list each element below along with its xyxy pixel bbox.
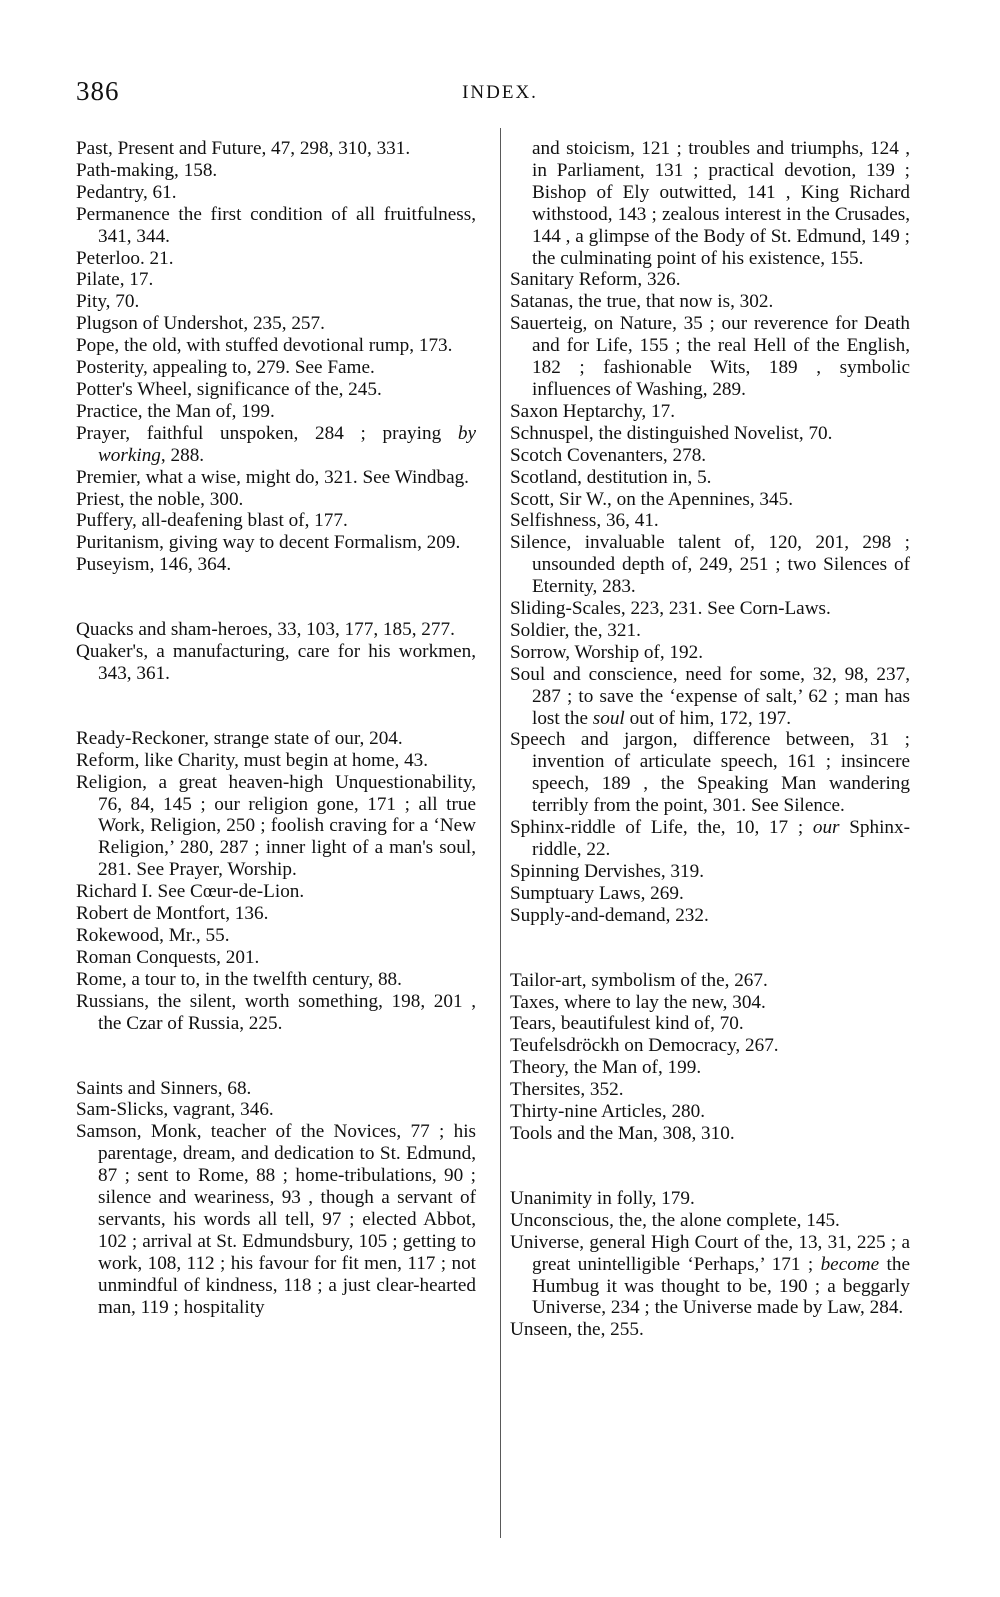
index-entry: Soldier, the, 321.	[510, 620, 910, 642]
index-entry: Path-making, 158.	[76, 160, 476, 182]
index-entry: Scott, Sir W., on the Apennines, 345.	[510, 489, 910, 511]
index-entry: Thirty-nine Articles, 280.	[510, 1101, 910, 1123]
index-entry: Pope, the old, with stuffed devotional r…	[76, 335, 476, 357]
index-entry: Puffery, all-deafening blast of, 177.	[76, 510, 476, 532]
index-entry: Sauerteig, on Nature, 35 ; our reverence…	[510, 313, 910, 401]
index-entry: Quaker's, a manufacturing, care for his …	[76, 641, 476, 685]
letter-section-gap	[76, 1035, 476, 1078]
index-entry: Scotland, destitution in, 5.	[510, 467, 910, 489]
entry-italic-text: soul	[593, 708, 625, 729]
index-entry: Puritanism, giving way to decent Formali…	[76, 532, 476, 554]
index-entry: Taxes, where to lay the new, 304.	[510, 992, 910, 1014]
index-entry-continued: and stoicism, 121 ; troubles and triumph…	[510, 138, 910, 269]
index-entry-soul: Soul and conscience, need for some, 32, …	[510, 664, 910, 730]
entry-text: Prayer, faithful unspoken, 284 ; praying	[76, 423, 458, 444]
index-entry: Plugson of Undershot, 235, 257.	[76, 313, 476, 335]
index-entry-sphinx: Sphinx-riddle of Life, the, 10, 17 ; our…	[510, 817, 910, 861]
letter-section-gap	[510, 1145, 910, 1188]
index-entry: Saints and Sinners, 68.	[76, 1078, 476, 1100]
running-head: INDEX.	[0, 82, 1000, 104]
index-entry: Puseyism, 146, 364.	[76, 554, 476, 576]
index-entry: Pedantry, 61.	[76, 182, 476, 204]
index-entry: Pity, 70.	[76, 291, 476, 313]
index-entry: Sumptuary Laws, 269.	[510, 883, 910, 905]
index-entry: Scotch Covenanters, 278.	[510, 445, 910, 467]
index-entry: Sorrow, Worship of, 192.	[510, 642, 910, 664]
entry-text: Sphinx-riddle of Life, the, 10, 17 ;	[510, 817, 813, 838]
letter-section-gap	[76, 576, 476, 619]
index-entry: Roman Conquests, 201.	[76, 947, 476, 969]
index-entry: Reform, like Charity, must begin at home…	[76, 750, 476, 772]
index-entry: Practice, the Man of, 199.	[76, 401, 476, 423]
index-entry: Priest, the noble, 300.	[76, 489, 476, 511]
index-entry: Theory, the Man of, 199.	[510, 1057, 910, 1079]
index-entry: Russians, the silent, worth something, 1…	[76, 991, 476, 1035]
index-entry: Spinning Dervishes, 319.	[510, 861, 910, 883]
index-entry: Pilate, 17.	[76, 269, 476, 291]
column-divider	[500, 128, 501, 1538]
index-entry: Unanimity in folly, 179.	[510, 1188, 910, 1210]
entry-text: , 288.	[161, 445, 204, 466]
index-entry: Schnuspel, the distinguished Novelist, 7…	[510, 423, 910, 445]
index-entry: Selfishness, 36, 41.	[510, 510, 910, 532]
index-entry: Sam-Slicks, vagrant, 346.	[76, 1099, 476, 1121]
index-entry: Satanas, the true, that now is, 302.	[510, 291, 910, 313]
index-entry: Unseen, the, 255.	[510, 1319, 910, 1341]
index-entry-universe: Universe, general High Court of the, 13,…	[510, 1232, 910, 1320]
index-entry: Saxon Heptarchy, 17.	[510, 401, 910, 423]
index-entry: Unconscious, the, the alone complete, 14…	[510, 1210, 910, 1232]
index-entry: Religion, a great heaven-high Unquestion…	[76, 772, 476, 882]
entry-italic-text: our	[813, 817, 840, 838]
index-entry: Robert de Montfort, 136.	[76, 903, 476, 925]
index-column-right: and stoicism, 121 ; troubles and triumph…	[510, 138, 910, 1341]
index-entry: Sanitary Reform, 326.	[510, 269, 910, 291]
index-entry: Teufelsdröckh on Democracy, 267.	[510, 1035, 910, 1057]
index-entry: Peterloo. 21.	[76, 248, 476, 270]
index-entry: Rome, a tour to, in the twelfth century,…	[76, 969, 476, 991]
index-entry: Sliding-Scales, 223, 231. See Corn-Laws.	[510, 598, 910, 620]
index-entry: Permanence the first condition of all fr…	[76, 204, 476, 248]
page-header: 386 INDEX.	[0, 76, 1000, 116]
index-entry: Tools and the Man, 308, 310.	[510, 1123, 910, 1145]
index-entry: Ready-Reckoner, strange state of our, 20…	[76, 728, 476, 750]
index-entry: Tailor-art, symbolism of the, 267.	[510, 970, 910, 992]
index-entry: Past, Present and Future, 47, 298, 310, …	[76, 138, 476, 160]
index-entry: Thersites, 352.	[510, 1079, 910, 1101]
index-entry: Silence, invaluable talent of, 120, 201,…	[510, 532, 910, 598]
index-entry-prayer: Prayer, faithful unspoken, 284 ; praying…	[76, 423, 476, 467]
index-entry: Potter's Wheel, significance of the, 245…	[76, 379, 476, 401]
index-entry: Tears, beautifulest kind of, 70.	[510, 1013, 910, 1035]
letter-section-gap	[510, 927, 910, 970]
index-entry: Premier, what a wise, might do, 321. See…	[76, 467, 476, 489]
entry-text: out of him, 172, 197.	[625, 708, 791, 729]
index-entry: Richard I. See Cœur-de-Lion.	[76, 881, 476, 903]
index-entry: Speech and jargon, difference between, 3…	[510, 729, 910, 817]
index-entry: Supply-and-demand, 232.	[510, 905, 910, 927]
index-entry: Quacks and sham-heroes, 33, 103, 177, 18…	[76, 619, 476, 641]
index-entry: Rokewood, Mr., 55.	[76, 925, 476, 947]
index-entry: Samson, Monk, teacher of the Novices, 77…	[76, 1121, 476, 1318]
index-column-left: Past, Present and Future, 47, 298, 310, …	[76, 138, 476, 1319]
letter-section-gap	[76, 685, 476, 728]
entry-italic-text: become	[821, 1254, 880, 1275]
index-entry: Posterity, appealing to, 279. See Fame.	[76, 357, 476, 379]
